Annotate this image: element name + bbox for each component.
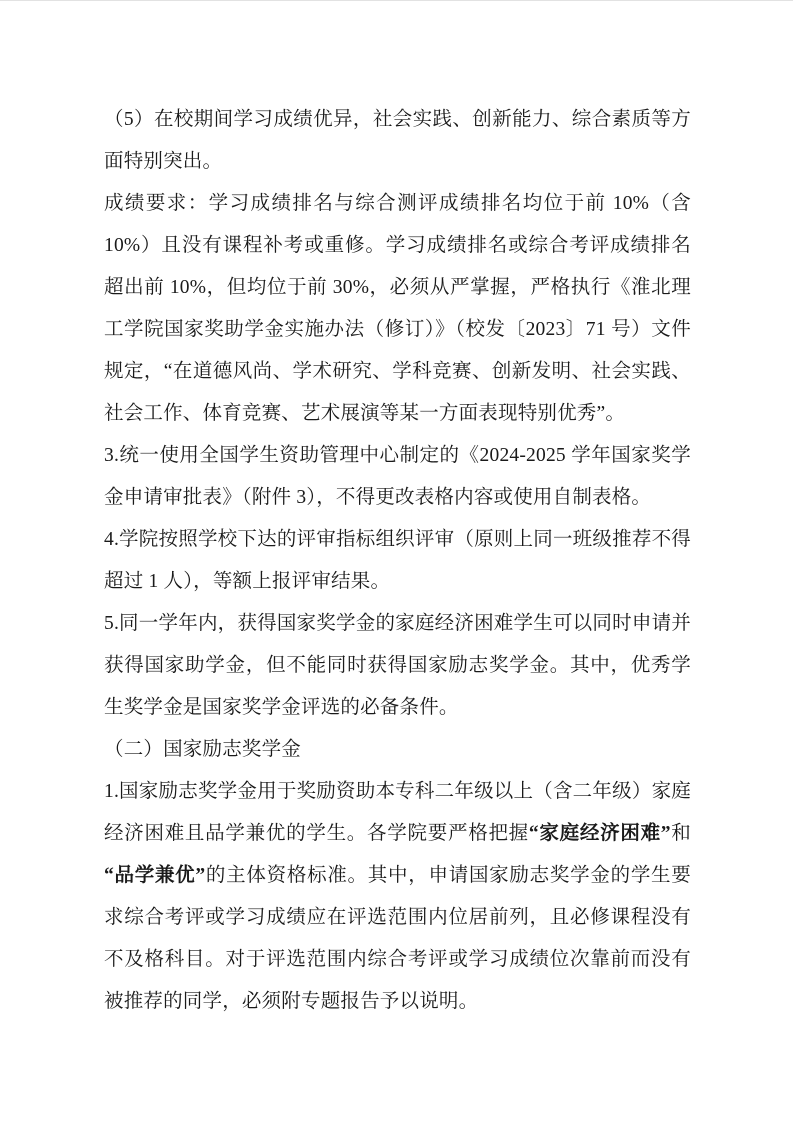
document-body: （5）在校期间学习成绩优异，社会实践、创新能力、综合素质等方面特别突出。成绩要求… — [104, 99, 691, 1023]
text-run: （5）在校期间学习成绩优异，社会实践、创新能力、综合素质等方面特别突出。 — [104, 109, 691, 172]
bold-text-run: “品学兼优” — [104, 865, 205, 886]
score-requirement-paragraph: 成绩要求：学习成绩排名与综合测评成绩排名均位于前 10%（含 10%）且没有课程… — [104, 183, 691, 435]
text-run: 5.同一学年内，获得国家奖学金的家庭经济困难学生可以同时申请并获得国家助学金，但… — [104, 613, 691, 718]
text-run: （二）国家励志奖学金 — [104, 739, 301, 760]
clause-5-paragraph: （5）在校期间学习成绩优异，社会实践、创新能力、综合素质等方面特别突出。 — [104, 99, 691, 183]
document-page: （5）在校期间学习成绩优异，社会实践、创新能力、综合素质等方面特别突出。成绩要求… — [0, 0, 793, 1122]
item-5-paragraph: 5.同一学年内，获得国家奖学金的家庭经济困难学生可以同时申请并获得国家助学金，但… — [104, 603, 691, 729]
section-2-heading: （二）国家励志奖学金 — [104, 729, 691, 771]
section-2-item-1-paragraph: 1.国家励志奖学金用于奖励资助本专科二年级以上（含二年级）家庭经济困难且品学兼优… — [104, 771, 691, 1023]
text-run: 3.统一使用全国学生资助管理中心制定的《2024-2025 学年国家奖学金申请审… — [104, 445, 691, 508]
text-run: 的主体资格标准。其中，申请国家励志奖学金的学生要求综合考评或学习成绩应在评选范围… — [104, 865, 691, 1012]
bold-text-run: “家庭经济困难” — [529, 823, 671, 844]
text-run: 和 — [671, 823, 691, 844]
item-3-paragraph: 3.统一使用全国学生资助管理中心制定的《2024-2025 学年国家奖学金申请审… — [104, 435, 691, 519]
text-run: 成绩要求：学习成绩排名与综合测评成绩排名均位于前 10%（含 10%）且没有课程… — [104, 193, 691, 424]
text-run: 4.学院按照学校下达的评审指标组织评审（原则上同一班级推荐不得超过 1 人），等… — [104, 529, 691, 592]
item-4-paragraph: 4.学院按照学校下达的评审指标组织评审（原则上同一班级推荐不得超过 1 人），等… — [104, 519, 691, 603]
